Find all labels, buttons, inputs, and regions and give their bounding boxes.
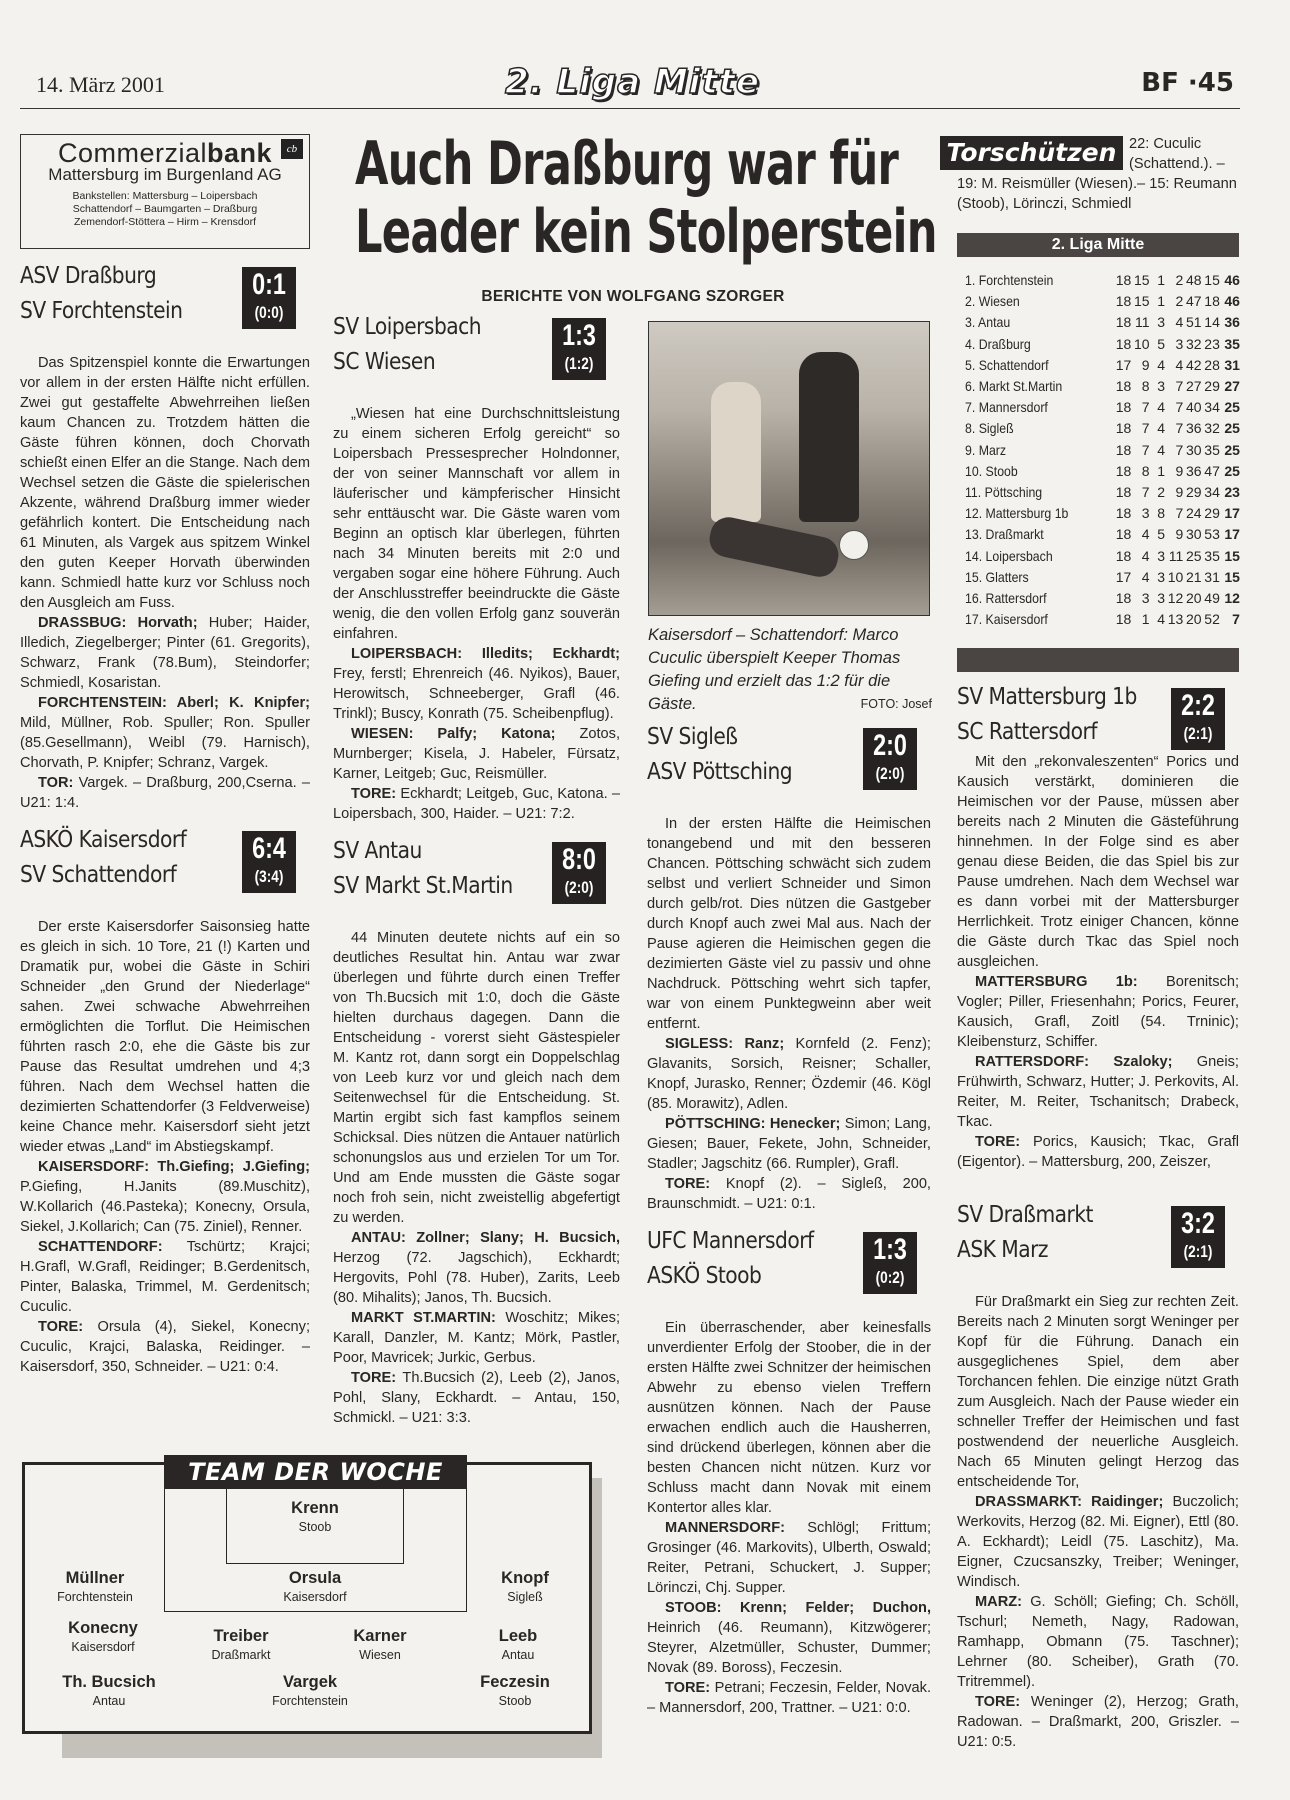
goals: TORE: Porics, Kausich; Tkac, Grafl (Eige…	[957, 1132, 1239, 1172]
bank-name: Commerzialbank	[31, 143, 299, 163]
standings-row: 12. Mattersburg 1b18387242917	[965, 503, 1240, 524]
match-header: ASV DraßburgSV Forchtenstein 0:1(0:0)	[20, 259, 310, 339]
match-header: UFC MannersdorfASKÖ Stoob 1:3(0:2)	[647, 1224, 931, 1304]
lineup-away: PÖTTSCHING: Henecker; Simon; Lang, Giese…	[647, 1114, 931, 1174]
scorers-text: 22: Cuculic (Schattend.). – 19: M. Reism…	[957, 134, 1239, 214]
match-header: SV AntauSV Markt St.Martin 8:0(2:0)	[333, 834, 620, 914]
home-team: UFC Mannersdorf	[647, 1224, 897, 1259]
standings-row: 14. Loipersbach184311253515	[965, 546, 1240, 567]
header-divider	[20, 108, 1240, 109]
team-of-week-title: TEAM DER WOCHE	[164, 1455, 467, 1489]
home-team: SV Mattersburg 1b	[957, 680, 1205, 715]
column-4: SV Mattersburg 1bSC Rattersdorf 2:2(2:1)…	[957, 680, 1239, 1752]
score-badge: 8:0(2:0)	[552, 842, 606, 904]
match-header: SV DraßmarktASK Marz 3:2(2:1)	[957, 1198, 1239, 1278]
standings-row: 5. Schattendorf17944422831	[965, 355, 1240, 376]
page-number: BF ·45	[1141, 68, 1234, 98]
goals: TORE: Eckhardt; Leitgeb, Guc, Katona. – …	[333, 784, 620, 824]
home-team: ASKÖ Kaisersdorf	[20, 823, 275, 858]
lineup-away: FORCHTENSTEIN: Aberl; K. Knipfer; Mild, …	[20, 693, 310, 773]
main-headline: Auch Draßburg war für Leader kein Stolpe…	[355, 130, 765, 266]
lineup-away: RATTERSDORF: Szaloky; Gneis; Frühwirth, …	[957, 1052, 1239, 1132]
standings-row: 1. Forchtenstein181512481546	[965, 270, 1240, 291]
lineup-home: MATTERSBURG 1b: Borenitsch; Vogler; Pill…	[957, 972, 1239, 1052]
standings-row: 16. Rattersdorf183312204912	[965, 588, 1240, 609]
away-team: SV Markt St.Martin	[333, 869, 586, 904]
away-team: SC Rattersdorf	[957, 715, 1205, 750]
bank-subtitle: Mattersburg im Burgenland AG	[31, 165, 299, 185]
score-badge: 2:0(2:0)	[863, 728, 917, 790]
match-photo	[648, 321, 930, 616]
player-slot: OrsulaKaisersdorf	[240, 1568, 390, 1606]
standings-row: 6. Markt St.Martin18837272927	[965, 376, 1240, 397]
lineup-home: ANTAU: Zollner; Slany; H. Bucsich, Herzo…	[333, 1228, 620, 1308]
player-slot: VargekForchtenstein	[235, 1672, 385, 1710]
standings-divider	[957, 648, 1239, 672]
match-header: ASKÖ KaisersdorfSV Schattendorf 6:4(3:4)	[20, 823, 310, 903]
standings-row: 17. Kaisersdorf18141320527	[965, 609, 1240, 630]
standings-row: 2. Wiesen181512471846	[965, 291, 1240, 312]
player-slot: KrennStoob	[240, 1498, 390, 1536]
standings-row: 3. Antau181134511436	[965, 312, 1240, 333]
player-slot: KarnerWiesen	[305, 1626, 455, 1664]
match-header: SV SigleßASV Pöttsching 2:0(2:0)	[647, 720, 931, 800]
lineup-away: MARKT ST.MARTIN: Woschitz; Mikes; Karall…	[333, 1308, 620, 1368]
standings-row: 10. Stoob18819364725	[965, 461, 1240, 482]
lineup-home: MANNERSDORF: Schlögl; Frittum; Grosinger…	[647, 1518, 931, 1598]
lineup-home: DRASSBUG: Horvath; Huber; Haider, Illedi…	[20, 613, 310, 693]
standings-table: 1. Forchtenstein1815124815462. Wiesen181…	[965, 270, 1240, 630]
lineup-home: KAISERSDORF: Th.Giefing; J.Giefing; P.Gi…	[20, 1157, 310, 1237]
goals: TORE: Orsula (4), Siekel, Konecny; Cucul…	[20, 1317, 310, 1377]
lineup-home: DRASSMARKT: Raidinger; Buczolich; Werkov…	[957, 1492, 1239, 1592]
column-3: SV SigleßASV Pöttsching 2:0(2:0) In der …	[647, 710, 931, 1718]
match-report: Der erste Kaisersdorfer Saisonsieg hatte…	[20, 917, 310, 1157]
section-title: 2. Liga Mitte	[505, 62, 760, 102]
score-badge: 1:3(0:2)	[863, 1232, 917, 1294]
bank-branches: Bankstellen: Mattersburg – Loipersbach S…	[31, 190, 299, 229]
goals: TORE: Th.Bucsich (2), Leeb (2), Janos, P…	[333, 1368, 620, 1428]
standings-row: 15. Glatters174310213115	[965, 567, 1240, 588]
goals: TORE: Knopf (2). – Sigleß, 200, Braunsch…	[647, 1174, 931, 1214]
standings-row: 11. Pöttsching18729293423	[965, 482, 1240, 503]
standings-row: 13. Draßmarkt18459305317	[965, 524, 1240, 545]
match-report: Für Draßmarkt ein Sieg zur rechten Zeit.…	[957, 1292, 1239, 1492]
lineup-away: MARZ: G. Schöll; Giefing; Ch. Schöll, Ts…	[957, 1592, 1239, 1692]
player-slot: Th. BucsichAntau	[34, 1672, 184, 1710]
lineup-home: LOIPERSBACH: Illedits; Eckhardt; Frey, f…	[333, 644, 620, 724]
goals: TORE: Petrani; Feczesin, Felder, Novak. …	[647, 1678, 931, 1718]
standings-row: 8. Sigleß18747363225	[965, 418, 1240, 439]
column-1: cb Commerzialbank Mattersburg im Burgenl…	[20, 134, 310, 1377]
match-report: Ein überraschender, aber keinesfalls unv…	[647, 1318, 931, 1518]
player-slot: MüllnerForchtenstein	[20, 1568, 170, 1606]
away-team: ASK Marz	[957, 1233, 1205, 1268]
match-header: SV Mattersburg 1bSC Rattersdorf 2:2(2:1)	[957, 680, 1239, 752]
photo-caption: Kaisersdorf – Schattendorf: Marco Cuculi…	[648, 624, 932, 716]
home-team: SV Sigleß	[647, 720, 897, 755]
football-icon	[839, 530, 869, 560]
match-report: In der ersten Hälfte die Heimischen tona…	[647, 814, 931, 1034]
score-badge: 0:1(0:0)	[242, 267, 296, 329]
match-report: 44 Minuten deutete nichts auf ein so deu…	[333, 928, 620, 1228]
player-slot: FeczesinStoob	[440, 1672, 590, 1710]
score-badge: 2:2(2:1)	[1171, 688, 1225, 750]
standings-title: 2. Liga Mitte	[957, 233, 1239, 257]
away-team: SC Wiesen	[333, 345, 586, 380]
away-team: SV Forchtenstein	[20, 294, 275, 329]
issue-date: 14. März 2001	[36, 72, 165, 98]
bank-ad: cb Commerzialbank Mattersburg im Burgenl…	[20, 134, 310, 249]
column-2: SV LoipersbachSC Wiesen 1:3(1:2) „Wiesen…	[333, 300, 620, 1428]
player-slot: TreiberDraßmarkt	[166, 1626, 316, 1664]
score-badge: 3:2(2:1)	[1171, 1206, 1225, 1268]
standings-row: 4. Draßburg181053322335	[965, 334, 1240, 355]
match-report: Mit den „rekonvaleszenten“ Porics und Ka…	[957, 752, 1239, 972]
score-badge: 6:4(3:4)	[242, 831, 296, 893]
away-team: SV Schattendorf	[20, 858, 275, 893]
away-team: ASV Pöttsching	[647, 755, 897, 790]
goals: TORE: Weninger (2), Herzog; Grath, Radow…	[957, 1692, 1239, 1752]
goals: TOR: Vargek. – Draßburg, 200,Cserna. – U…	[20, 773, 310, 813]
score-badge: 1:3(1:2)	[552, 318, 606, 380]
home-team: ASV Draßburg	[20, 259, 275, 294]
home-team: SV Antau	[333, 834, 586, 869]
lineup-away: WIESEN: Palfy; Katona; Zotos, Murnberger…	[333, 724, 620, 784]
match-report: Das Spitzenspiel konnte die Erwartungen …	[20, 353, 310, 613]
lineup-away: STOOB: Krenn; Felder; Duchon, Heinrich (…	[647, 1598, 931, 1678]
standings-row: 9. Marz18747303525	[965, 440, 1240, 461]
player-slot: KnopfSigleß	[450, 1568, 600, 1606]
bank-logo-icon: cb	[281, 139, 303, 159]
home-team: SV Draßmarkt	[957, 1198, 1205, 1233]
home-team: SV Loipersbach	[333, 310, 586, 345]
lineup-away: SCHATTENDORF: Tschürtz; Krajci; H.Grafl,…	[20, 1237, 310, 1317]
player-slot: KonecnyKaisersdorf	[28, 1618, 178, 1656]
away-team: ASKÖ Stoob	[647, 1259, 897, 1294]
lineup-home: SIGLESS: Ranz; Kornfeld (2. Fenz); Glava…	[647, 1034, 931, 1114]
match-header: SV LoipersbachSC Wiesen 1:3(1:2)	[333, 310, 620, 390]
standings-row: 7. Mannersdorf18747403425	[965, 397, 1240, 418]
match-report: „Wiesen hat eine Durchschnittsleistung z…	[333, 404, 620, 644]
player-slot: LeebAntau	[443, 1626, 593, 1664]
